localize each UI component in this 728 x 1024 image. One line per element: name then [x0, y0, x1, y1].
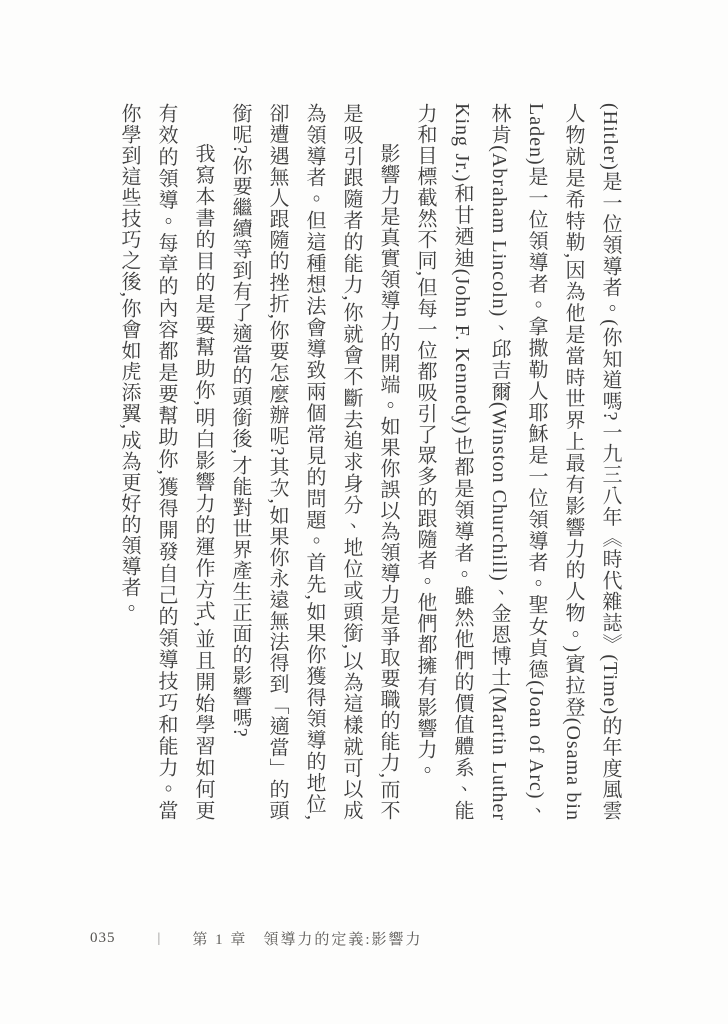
page-footer: 035 | 第 1 章 領導力的定義:影響力 [90, 928, 423, 949]
section-title: 領導力的定義:影響力 [263, 928, 422, 949]
paragraph: (Hitler)是一位領導者。(你知道嗎?一九三八年《時代雜誌》(Time)的年… [406, 103, 628, 821]
paragraph: 影響力是真實領導力的開端。如果你誤以為領導力是爭取要職的能力,而不是吸引跟隨者的… [221, 103, 406, 821]
footer-divider: | [158, 931, 161, 947]
book-page: (Hitler)是一位領導者。(你知道嗎?一九三八年《時代雜誌》(Time)的年… [0, 0, 728, 1024]
paragraph: 我寫本書的目的是要幫助你,明白影響力的運作方式,並且開始學習如何更有效的領導。每… [110, 103, 221, 821]
body-text: (Hitler)是一位領導者。(你知道嗎?一九三八年《時代雜誌》(Time)的年… [110, 103, 628, 821]
page-number: 035 [90, 930, 116, 947]
chapter-label: 第 1 章 [192, 928, 247, 949]
